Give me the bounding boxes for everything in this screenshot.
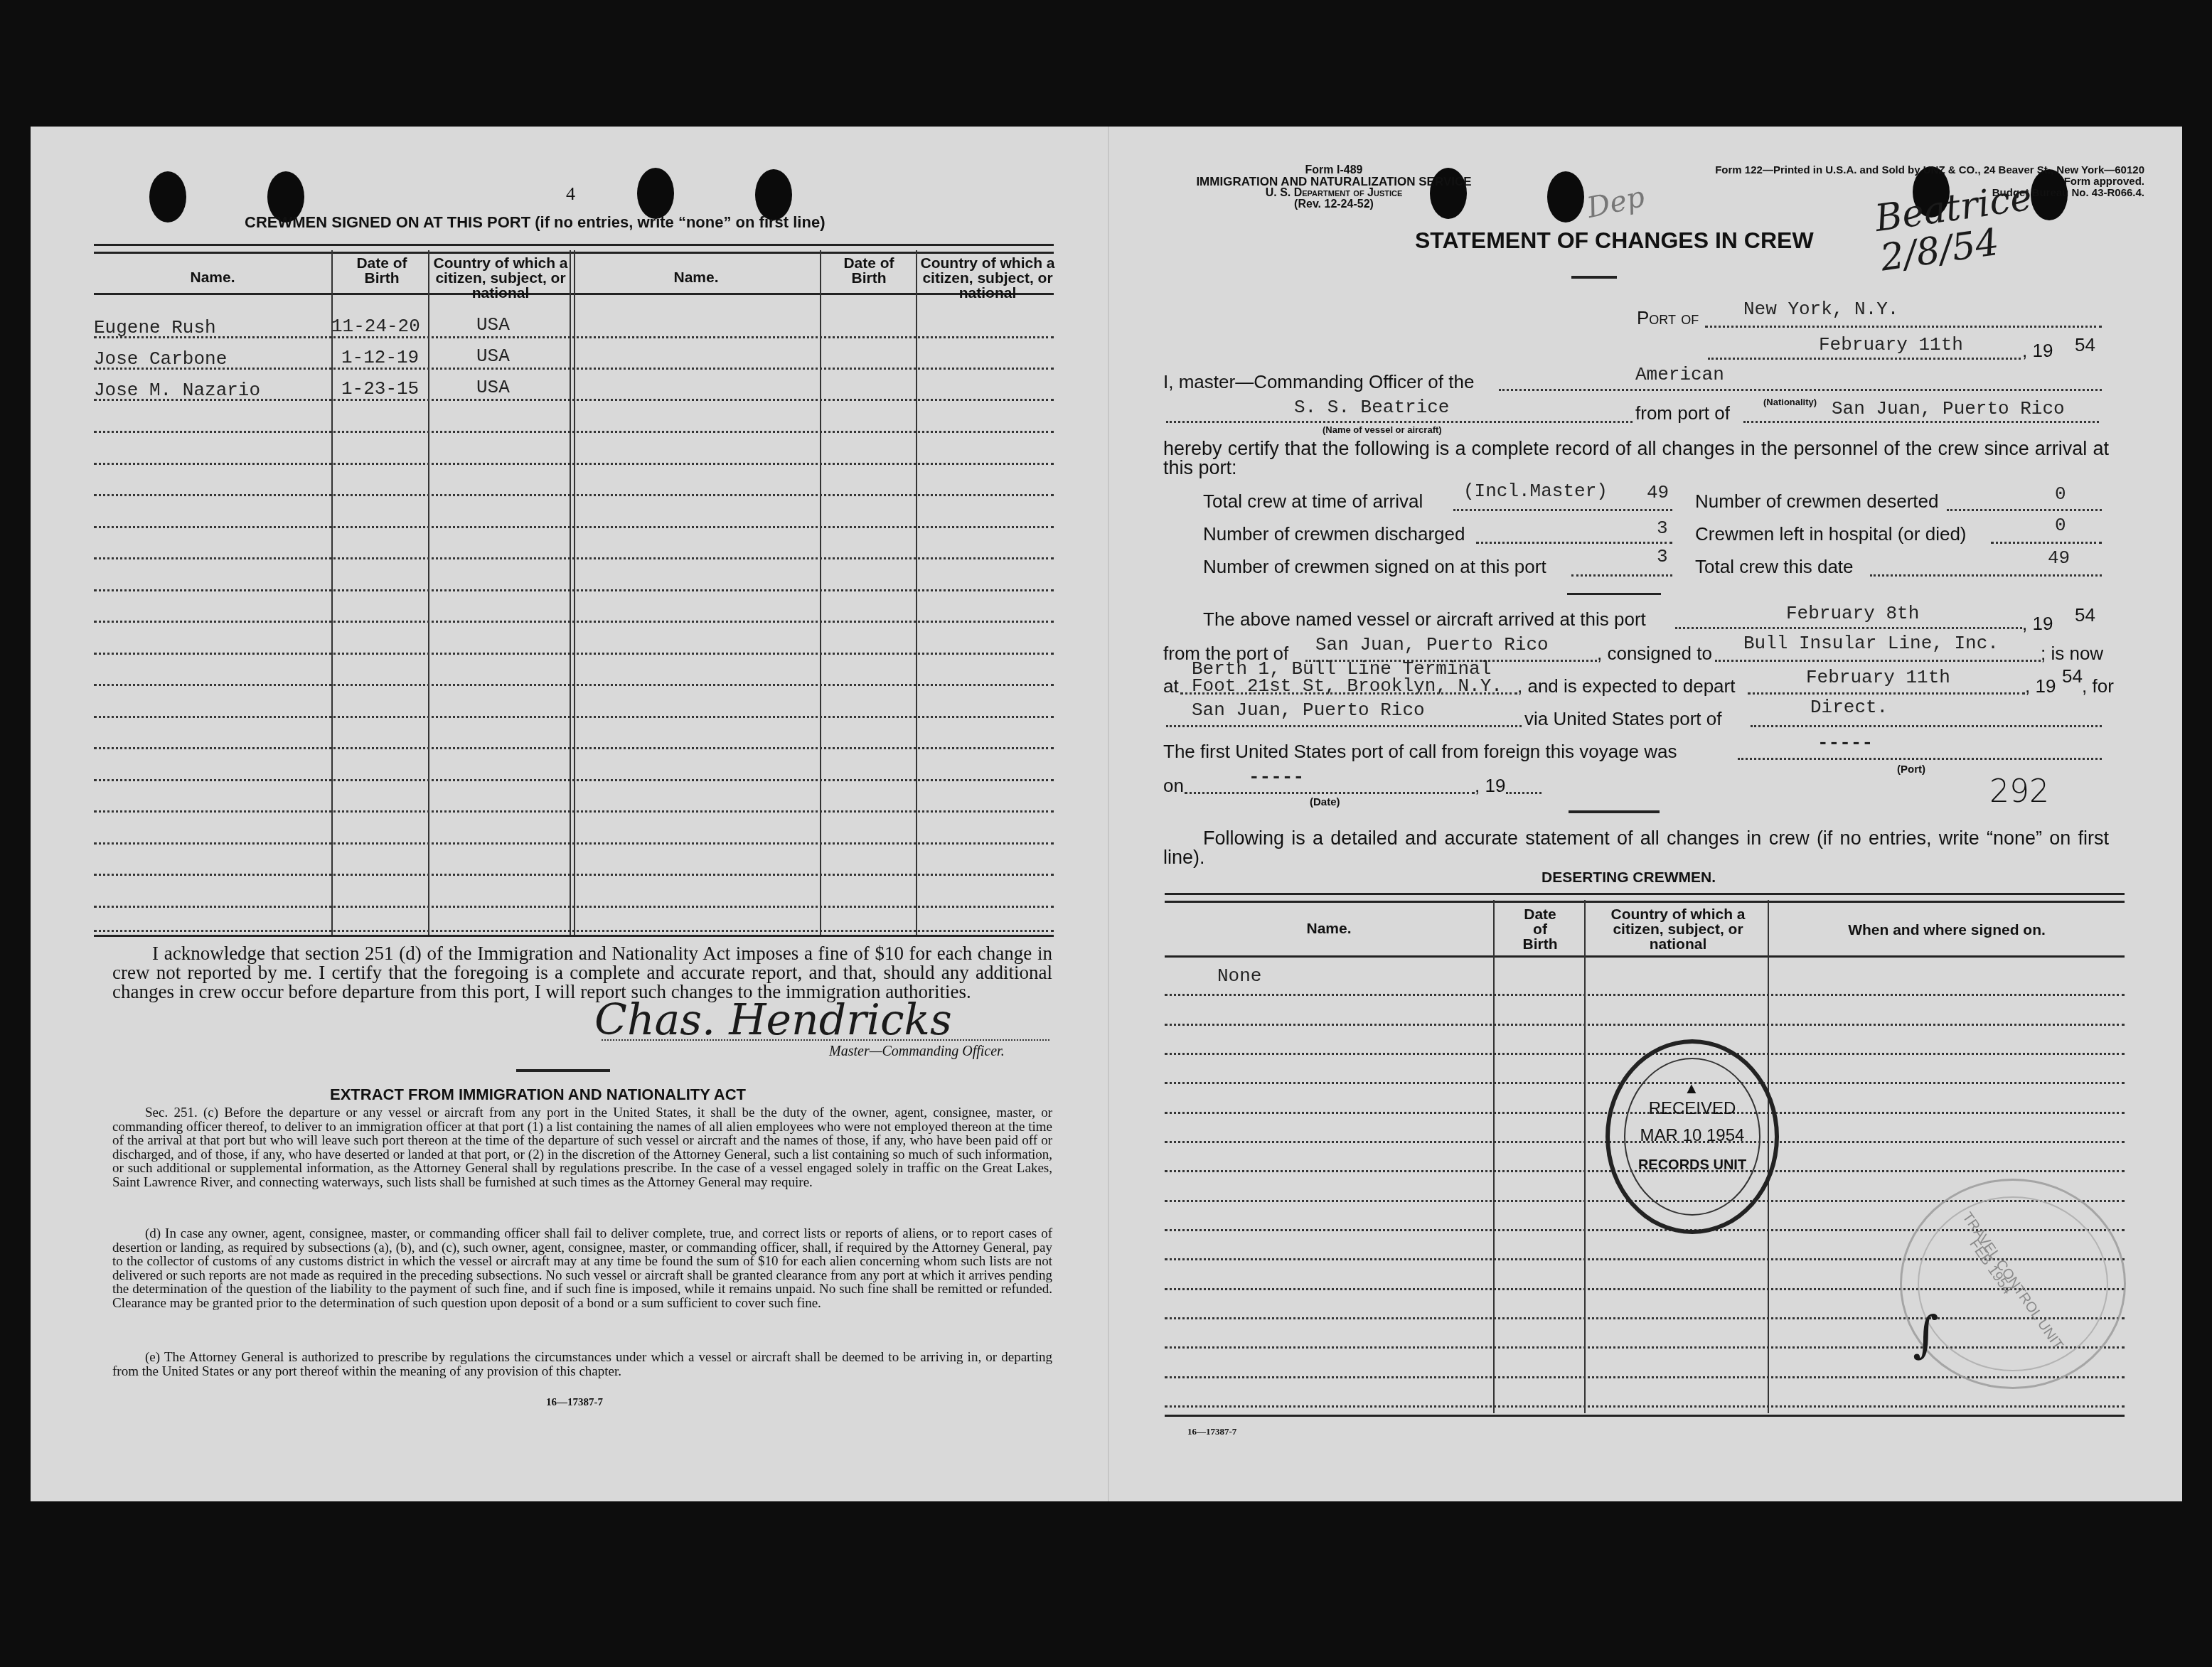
- first-port-value: -----: [1817, 732, 1873, 754]
- vessel-caption: (Name of vessel or aircraft): [1323, 424, 1442, 435]
- printer-line: Form 122—Printed in U.S.A. and Sold by U…: [1590, 165, 2144, 176]
- form-code: 16—17387-7: [546, 1397, 603, 1409]
- from-port-value: San Juan, Puerto Rico: [1832, 398, 2065, 419]
- deserting-header-rule: [1165, 955, 2125, 958]
- deserting-header-dob: Date of Birth: [1522, 907, 1559, 952]
- page-number: 4: [566, 183, 575, 205]
- header-dob-2: Date of Birth: [825, 256, 913, 286]
- via-port-value: Direct.: [1810, 697, 1888, 718]
- header-name: Name.: [94, 270, 331, 285]
- section-title-crewmen-signed-on: CREWMEN SIGNED ON AT THIS PORT (if no en…: [245, 213, 825, 232]
- deserting-table-top-rule: [1165, 893, 2125, 903]
- header-dob: Date of Birth: [340, 256, 424, 286]
- nationality-caption: (Nationality): [1763, 397, 1817, 407]
- header-country-2: Country of which a citizen, subject, or …: [920, 256, 1055, 301]
- col-divider: [1493, 900, 1495, 1413]
- punch-hole-icon: [1547, 171, 1584, 223]
- col-divider: [331, 250, 333, 937]
- punch-hole-icon: [149, 171, 186, 223]
- date-year-prefix: , 19: [2022, 340, 2053, 362]
- page-spine: [1108, 127, 1109, 1501]
- crew-name: Eugene Rush: [94, 317, 216, 338]
- crew-dob: 11-24-20: [331, 316, 420, 337]
- extract-title: EXTRACT FROM IMMIGRATION AND NATIONALITY…: [330, 1086, 746, 1104]
- stamp-arrow-icon: ▲: [1684, 1079, 1699, 1098]
- certify-text: hereby certify that the following is a c…: [1163, 439, 2109, 478]
- department-name: U. S. Department of Justice: [1163, 188, 1505, 199]
- following-text: Following is a detailed and accurate sta…: [1163, 829, 2109, 867]
- title-underline: [1571, 276, 1617, 279]
- section-divider: [1569, 810, 1660, 813]
- crew-dob: 1-23-15: [341, 378, 419, 400]
- form-title: STATEMENT OF CHANGES IN CREW: [1415, 227, 1814, 254]
- port-field-line: [1705, 326, 2102, 328]
- agency-header: Form I-489 IMMIGRATION AND NATURALIZATIO…: [1163, 165, 1505, 210]
- crew-country: USA: [476, 314, 510, 336]
- from-port-label: from port of: [1635, 402, 1730, 424]
- from-port-field-line: [1743, 421, 2099, 423]
- date-field-line: [1708, 358, 2021, 360]
- agency-name: IMMIGRATION AND NATURALIZATION SERVICE: [1163, 176, 1505, 188]
- budget-bureau: Budget Bureau No. 43-R066.4.: [1590, 188, 2144, 199]
- on-date-value: -----: [1249, 766, 1304, 788]
- form-code: 16—17387-7: [1187, 1426, 1236, 1437]
- initials-scribble: ∫: [1913, 1305, 1938, 1363]
- printer-header: Form 122—Printed in U.S.A. and Sold by U…: [1590, 165, 2144, 199]
- port-value: New York, N.Y.: [1743, 299, 1898, 320]
- arrival-date: February 8th: [1786, 603, 1919, 624]
- crew-country: USA: [476, 377, 510, 398]
- stamped-number: 292: [1989, 773, 2049, 810]
- extract-section-d: (d) In case any owner, agent, consignee,…: [112, 1227, 1052, 1310]
- extract-section-c: Sec. 251. (c) Before the departure or an…: [112, 1106, 1052, 1189]
- depart-year: 54: [2062, 665, 2083, 687]
- crew-dob: 1-12-19: [341, 347, 419, 368]
- col-divider: [916, 250, 917, 937]
- crew-name: Jose Carbone: [94, 348, 227, 370]
- deserter-name: None: [1217, 965, 1261, 987]
- master-signature: Chas. Hendricks: [594, 995, 952, 1045]
- nationality-value: American: [1635, 364, 1724, 385]
- header-country: Country of which a citizen, subject, or …: [432, 256, 569, 301]
- destination-value: San Juan, Puerto Rico: [1192, 700, 1425, 721]
- form-revision: (Rev. 12-24-52): [1163, 199, 1505, 210]
- crew-name: Jose M. Nazario: [94, 380, 260, 401]
- nationality-field-line: [1499, 389, 2102, 391]
- arrival-from-port: San Juan, Puerto Rico: [1315, 634, 1549, 655]
- received-stamp: ▲ RECEIVED MAR 10 1954 RECORDS UNIT: [1605, 1039, 1779, 1234]
- deserting-title: DESERTING CREWMEN.: [1542, 869, 1716, 886]
- date-year: 54: [2075, 334, 2095, 356]
- deserting-header-when-where: When and where signed on.: [1770, 923, 2123, 938]
- acknowledgement-text: I acknowledge that section 251 (d) of th…: [112, 944, 1052, 1002]
- consignee-value: Bull Insular Line, Inc.: [1743, 633, 1999, 654]
- col-divider: [428, 250, 429, 937]
- arrival-year: 54: [2075, 604, 2095, 626]
- col-divider: [1584, 900, 1586, 1413]
- date-value: February 11th: [1819, 334, 1963, 355]
- extract-section-e: (e) The Attorney General is authorized t…: [112, 1351, 1052, 1378]
- deserting-header-name: Name.: [1165, 921, 1493, 936]
- punch-hole-icon: [637, 168, 674, 219]
- depart-date: February 11th: [1806, 667, 1950, 688]
- deserting-table-bottom-rule: [1165, 1415, 2125, 1417]
- signature-line: [602, 1039, 1049, 1041]
- master-label: I, master—Commanding Officer of the: [1163, 371, 1474, 393]
- deserting-header-country: Country of which a citizen, subject, or …: [1590, 907, 1766, 952]
- header-name-2: Name.: [573, 270, 819, 285]
- form-approved: Form approved.: [1590, 176, 2144, 188]
- col-divider: [820, 250, 821, 937]
- section-divider: [516, 1069, 610, 1072]
- port-label: Port of: [1637, 307, 1699, 329]
- vessel-value: S. S. Beatrice: [1294, 397, 1449, 418]
- vessel-field-line: [1166, 421, 1633, 423]
- table-bottom-rule: [94, 935, 1054, 937]
- section-divider: [1567, 593, 1661, 595]
- col-divider: [570, 250, 575, 937]
- crew-country: USA: [476, 345, 510, 367]
- signature-caption: Master—Commanding Officer.: [829, 1044, 1005, 1060]
